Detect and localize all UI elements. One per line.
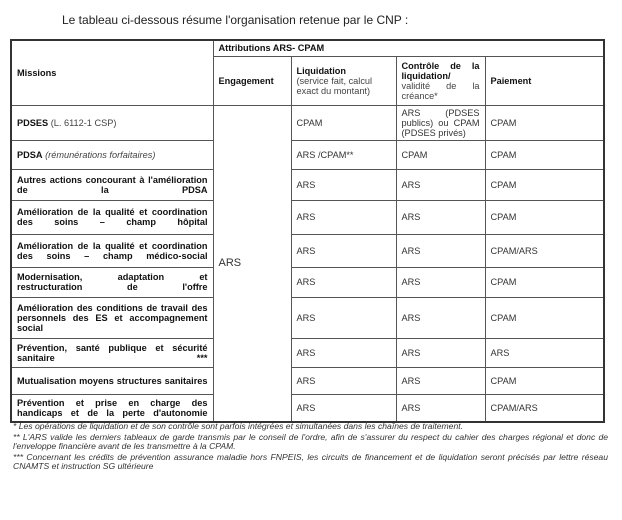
controle-cell: ARS xyxy=(396,338,485,367)
paiement-cell: ARS xyxy=(485,338,604,367)
mission-cell: Autres actions concourant à l'améliorati… xyxy=(11,169,213,200)
missions-header: Missions xyxy=(11,40,213,105)
mission-cell: Prévention et prise en charge des handic… xyxy=(11,394,213,422)
mission-cell: Amélioration de la qualité et coordinati… xyxy=(11,234,213,267)
liquidation-cell: ARS xyxy=(291,297,396,338)
controle-cell: ARS xyxy=(396,394,485,422)
paiement-cell: CPAM xyxy=(485,367,604,394)
liquidation-cell: CPAM xyxy=(291,105,396,140)
liquidation-title: Liquidation xyxy=(297,66,347,76)
mission-cell: PDSA (rémunérations forfaitaires) xyxy=(11,140,213,169)
attributions-header: Attributions ARS- CPAM xyxy=(213,40,604,56)
paiement-cell: CPAM/ARS xyxy=(485,234,604,267)
controle-header: Contrôle de la liquidation/ validité de … xyxy=(396,56,485,105)
table-row: PDSA (rémunérations forfaitaires) ARS /C… xyxy=(11,140,604,169)
table-row: Prévention, santé publique et sécurité s… xyxy=(11,338,604,367)
liquidation-cell: ARS xyxy=(291,169,396,200)
paiement-cell: CPAM xyxy=(485,105,604,140)
mission-cell: Mutualisation moyens structures sanitair… xyxy=(11,367,213,394)
footnote-3: *** Concernant les crédits de prévention… xyxy=(13,453,608,472)
mission-cell: Modernisation, adaptation et restructura… xyxy=(11,267,213,297)
controle-cell: ARS xyxy=(396,169,485,200)
paiement-cell: CPAM xyxy=(485,267,604,297)
table-row: Prévention et prise en charge des handic… xyxy=(11,394,604,422)
table-row: Mutualisation moyens structures sanitair… xyxy=(11,367,604,394)
engagement-merged-cell: ARS xyxy=(213,105,291,422)
controle-cell: ARS xyxy=(396,200,485,234)
liquidation-cell: ARS xyxy=(291,200,396,234)
paiement-header: Paiement xyxy=(485,56,604,105)
controle-cell: ARS xyxy=(396,297,485,338)
mission-cell: Amélioration des conditions de travail d… xyxy=(11,297,213,338)
controle-cell: CPAM xyxy=(396,140,485,169)
liquidation-cell: ARS xyxy=(291,234,396,267)
table-row: Autres actions concourant à l'améliorati… xyxy=(11,169,604,200)
footnotes: * Les opérations de liquidation et de so… xyxy=(13,422,608,473)
paiement-cell: CPAM xyxy=(485,169,604,200)
liquidation-cell: ARS xyxy=(291,267,396,297)
organisation-table: Missions Attributions ARS- CPAM Engageme… xyxy=(10,39,605,423)
paiement-cell: CPAM/ARS xyxy=(485,394,604,422)
footnote-1: * Les opérations de liquidation et de so… xyxy=(13,422,483,432)
liquidation-cell: ARS xyxy=(291,367,396,394)
table-row: Amélioration de la qualité et coordinati… xyxy=(11,234,604,267)
liquidation-cell: ARS xyxy=(291,394,396,422)
paiement-cell: CPAM xyxy=(485,140,604,169)
liquidation-subtitle: (service fait, calcul exact du montant) xyxy=(297,76,373,96)
controle-cell: ARS xyxy=(396,367,485,394)
engagement-header: Engagement xyxy=(213,56,291,105)
liquidation-header: Liquidation (service fait, calcul exact … xyxy=(291,56,396,105)
intro-text: Le tableau ci-dessous résume l'organisat… xyxy=(62,13,408,27)
controle-cell: ARS xyxy=(396,267,485,297)
footnote-2: ** L'ARS valide les derniers tableaux de… xyxy=(13,433,608,452)
mission-cell: Amélioration de la qualité et coordinati… xyxy=(11,200,213,234)
liquidation-cell: ARS /CPAM** xyxy=(291,140,396,169)
table-row: Amélioration de la qualité et coordinati… xyxy=(11,200,604,234)
controle-cell: ARS (PDSES publics) ou CPAM (PDSES privé… xyxy=(396,105,485,140)
controle-subtitle: validité de la créance* xyxy=(402,81,480,101)
table-row: Modernisation, adaptation et restructura… xyxy=(11,267,604,297)
mission-cell: PDSES (L. 6112-1 CSP) xyxy=(11,105,213,140)
paiement-cell: CPAM xyxy=(485,297,604,338)
mission-cell: Prévention, santé publique et sécurité s… xyxy=(11,338,213,367)
controle-cell: ARS xyxy=(396,234,485,267)
paiement-cell: CPAM xyxy=(485,200,604,234)
table-row: Amélioration des conditions de travail d… xyxy=(11,297,604,338)
liquidation-cell: ARS xyxy=(291,338,396,367)
table-row: PDSES (L. 6112-1 CSP) ARS CPAM ARS (PDSE… xyxy=(11,105,604,140)
controle-title: Contrôle de la liquidation/ xyxy=(402,61,480,81)
